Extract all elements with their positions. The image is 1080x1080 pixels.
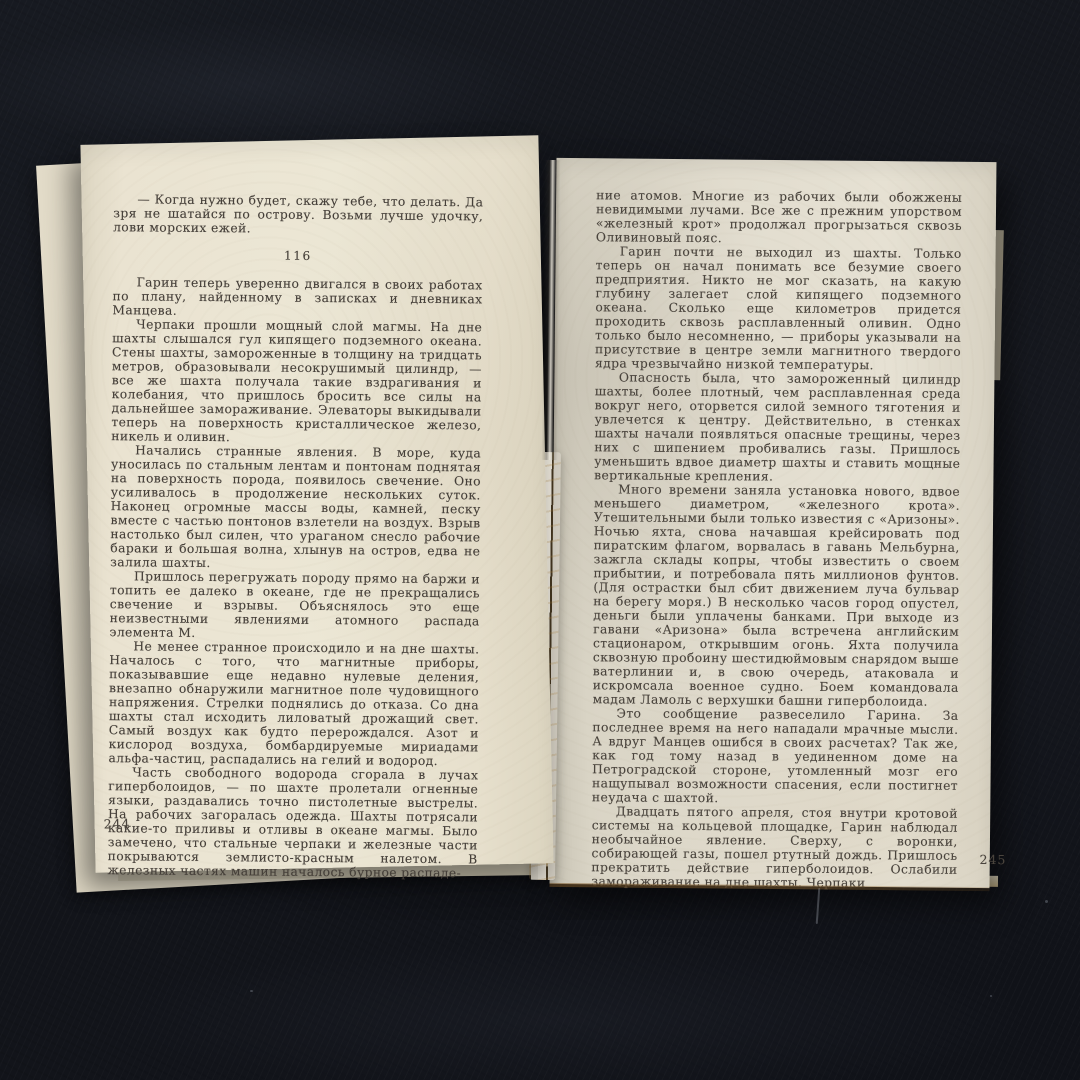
page-number-right: 245 bbox=[979, 853, 1006, 867]
paragraph: Двадцать пятого апреля, стоя внутри крот… bbox=[591, 804, 958, 891]
paragraph: Гарин почти не выходил из шахты. Только … bbox=[595, 244, 962, 373]
paragraph: Много времени заняла установка нового, в… bbox=[593, 482, 961, 709]
paragraph: Это сообщение развеселило Гарина. За пос… bbox=[592, 706, 959, 807]
photo-background: ние атомов. Многие из рабочих были обожж… bbox=[0, 0, 1080, 1080]
chapter-heading: 116 bbox=[113, 247, 483, 264]
dialogue-paragraph: — Когда нужно будет, скажу тебе, что дел… bbox=[113, 192, 483, 237]
paragraph: Начались странные явления. В море, куда … bbox=[110, 443, 481, 572]
paragraph: Пришлось перегружать породу прямо на бар… bbox=[110, 569, 481, 642]
page-number-left: 244 bbox=[103, 816, 130, 832]
paragraph: Гарин теперь уверенно двигался в своих р… bbox=[112, 275, 482, 320]
paragraph: Черпаки прошли мощный слой магмы. На дне… bbox=[111, 317, 482, 446]
left-page-text: — Когда нужно будет, скажу тебе, что дел… bbox=[107, 192, 483, 880]
left-page: — Когда нужно будет, скажу тебе, что дел… bbox=[80, 135, 553, 872]
fabric-lint bbox=[990, 995, 992, 997]
right-page: ние атомов. Многие из рабочих были обожж… bbox=[550, 158, 997, 888]
paragraph: Часть свободного водорода сгорала в луча… bbox=[107, 765, 478, 880]
fabric-lint bbox=[250, 990, 253, 992]
gutter-seam bbox=[541, 160, 560, 460]
paragraph: Не менее странное происходило и на дне ш… bbox=[108, 639, 479, 768]
paragraph: ние атомов. Многие из рабочих были обожж… bbox=[596, 188, 962, 247]
paragraph: Опасность была, что замороженный цилиндр… bbox=[594, 370, 961, 485]
fabric-lint bbox=[1045, 900, 1048, 903]
right-page-text: ние атомов. Многие из рабочих были обожж… bbox=[591, 188, 962, 891]
